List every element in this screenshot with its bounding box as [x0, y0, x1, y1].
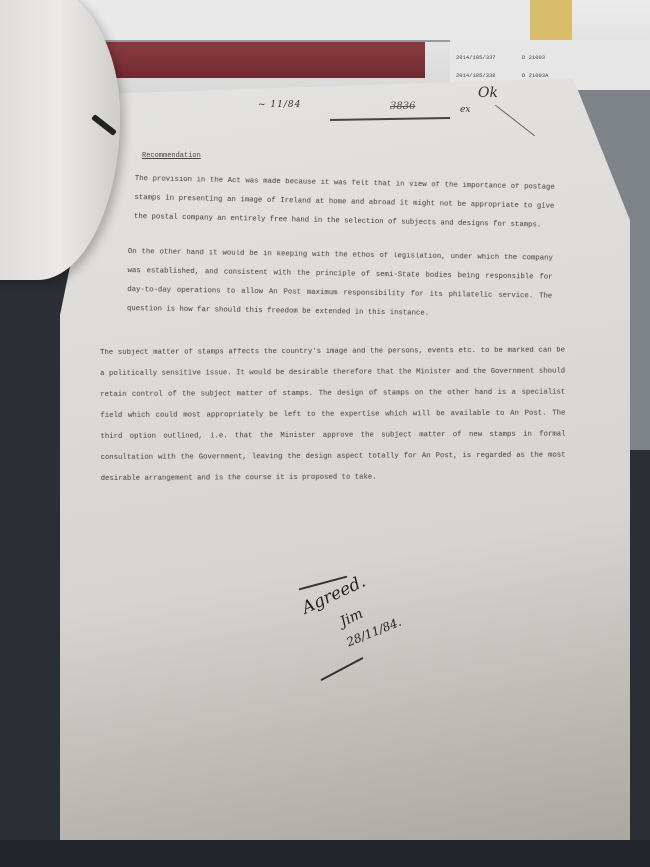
- desk-edge: [0, 840, 650, 867]
- reference-row: 2014/185/337: [456, 54, 496, 61]
- paragraph: The provision in the Act was made becaus…: [134, 170, 555, 236]
- yellow-tab: [530, 0, 572, 44]
- top-sheet: [95, 0, 540, 42]
- photo-scene: 2014/185/337 D 21093 2014/185/338 D 2109…: [0, 0, 650, 867]
- top-annotation: 3836: [390, 101, 415, 112]
- reference-code: D 21093: [522, 54, 545, 61]
- paragraph: The subject matter of stamps affects the…: [100, 341, 566, 490]
- document-heading: Recommendation: [142, 152, 201, 160]
- top-annotation: ex: [460, 105, 470, 115]
- paragraph: On the other hand it would be in keeping…: [127, 243, 553, 326]
- top-annotation: ~ 11/84: [258, 100, 301, 110]
- reference-code: D 21093A: [522, 72, 548, 79]
- reference-row: 2014/185/338: [456, 72, 496, 79]
- top-annotation: Ok: [478, 85, 498, 101]
